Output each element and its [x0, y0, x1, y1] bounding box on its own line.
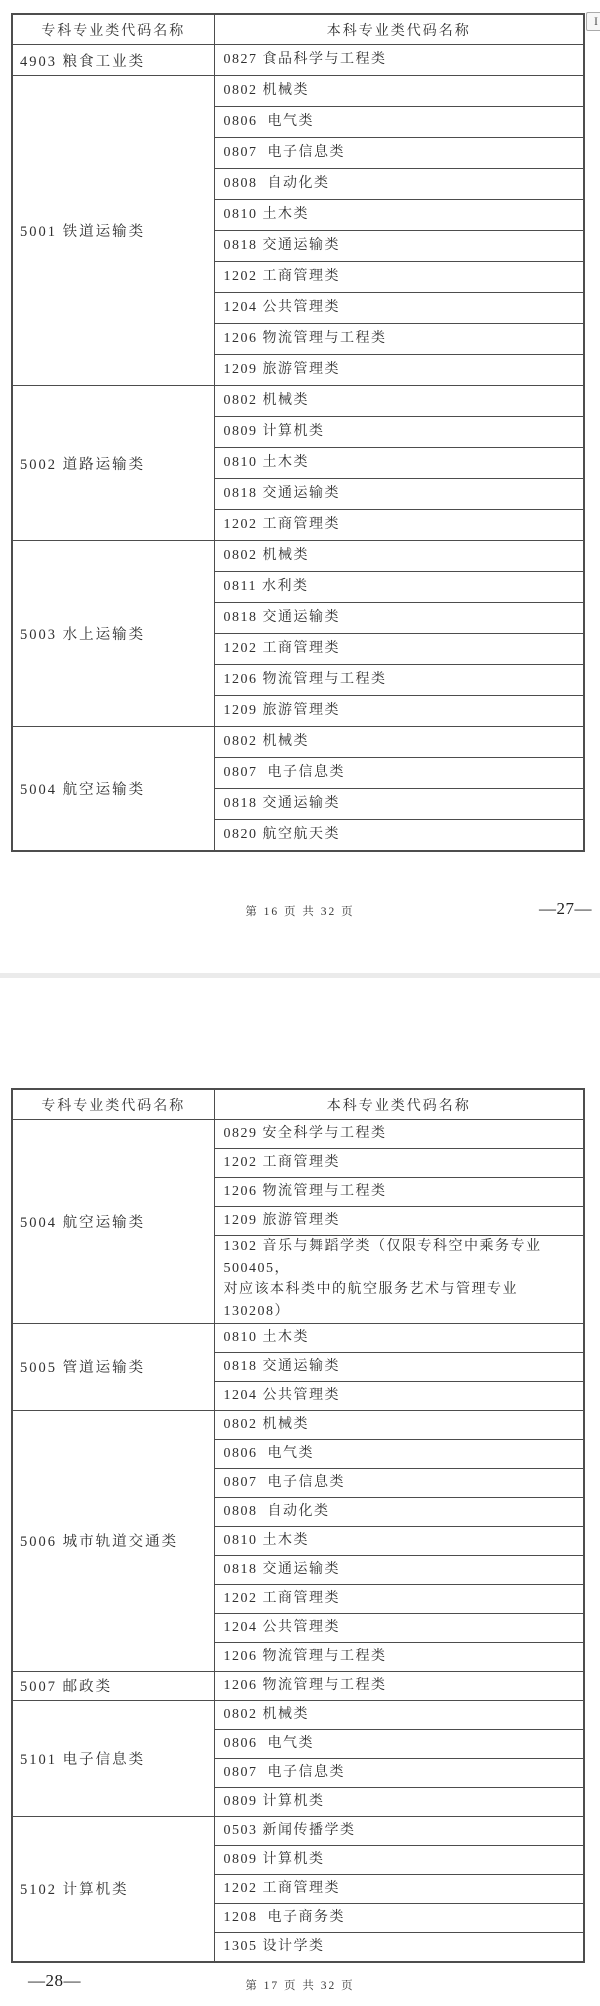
- bachelor-major-cell: 1204 公共管理类: [214, 1613, 584, 1642]
- bachelor-major-cell: 0807 电子信息类: [214, 138, 584, 169]
- table-row: 5001 铁道运输类0802 机械类: [12, 76, 584, 107]
- bachelor-major-cell: 1208 电子商务类: [214, 1903, 584, 1932]
- bachelor-major-cell: 1202 工商管理类: [214, 1584, 584, 1613]
- bachelor-major-cell: 0802 机械类: [214, 76, 584, 107]
- bachelor-major-cell: 0503 新闻传播学类: [214, 1816, 584, 1845]
- column-header: 专科专业类代码名称: [12, 14, 214, 45]
- bachelor-major-cell: 1204 公共管理类: [214, 293, 584, 324]
- bachelor-major-cell: 1206 物流管理与工程类: [214, 324, 584, 355]
- bachelor-major-cell: 0818 交通运输类: [214, 1555, 584, 1584]
- bachelor-major-cell: 1209 旅游管理类: [214, 355, 584, 386]
- page-footer-counter: 第 17 页 共 32 页: [0, 1977, 600, 1993]
- table-row: 5004 航空运输类0829 安全科学与工程类: [12, 1120, 584, 1149]
- bachelor-major-cell: 0802 机械类: [214, 727, 584, 758]
- specialty-mapping-table: 专科专业类代码名称本科专业类代码名称5004 航空运输类0829 安全科学与工程…: [11, 1088, 585, 1963]
- bachelor-major-cell: 0802 机械类: [214, 1700, 584, 1729]
- column-header: 本科专业类代码名称: [214, 14, 584, 45]
- bachelor-major-cell: 1302 音乐与舞蹈学类（仅限专科空中乘务专业500405， 对应该本科类中的航…: [214, 1236, 584, 1324]
- bachelor-major-cell: 0818 交通运输类: [214, 603, 584, 634]
- specialty-group-cell: 5001 铁道运输类: [12, 76, 214, 386]
- bachelor-major-cell: 0810 土木类: [214, 448, 584, 479]
- specialty-group-cell: 5102 计算机类: [12, 1816, 214, 1962]
- bachelor-major-cell: 0808 自动化类: [214, 169, 584, 200]
- document-page-17: 专科专业类代码名称本科专业类代码名称5004 航空运输类0829 安全科学与工程…: [11, 1088, 585, 1963]
- bachelor-major-cell: 0809 计算机类: [214, 417, 584, 448]
- page-footer-counter: 第 16 页 共 32 页: [0, 903, 600, 919]
- bachelor-major-cell: 0809 计算机类: [214, 1845, 584, 1874]
- specialty-group-cell: 5101 电子信息类: [12, 1700, 214, 1816]
- bachelor-major-cell: 0806 电气类: [214, 1729, 584, 1758]
- bachelor-major-cell: 1209 旅游管理类: [214, 696, 584, 727]
- specialty-mapping-table: 专科专业类代码名称本科专业类代码名称4903 粮食工业类0827 食品科学与工程…: [11, 13, 585, 852]
- specialty-group-cell: 5004 航空运输类: [12, 1120, 214, 1324]
- cursor-marker-glyph: I: [594, 14, 598, 29]
- column-header: 本科专业类代码名称: [214, 1089, 584, 1120]
- bachelor-major-cell: 0810 土木类: [214, 1323, 584, 1352]
- bachelor-major-cell: 1202 工商管理类: [214, 1874, 584, 1903]
- bachelor-major-cell: 0808 自动化类: [214, 1497, 584, 1526]
- bachelor-major-cell: 0820 航空航天类: [214, 820, 584, 852]
- specialty-group-cell: 5002 道路运输类: [12, 386, 214, 541]
- bachelor-major-cell: 0806 电气类: [214, 107, 584, 138]
- table-row: 5102 计算机类0503 新闻传播学类: [12, 1816, 584, 1845]
- bachelor-major-cell: 1209 旅游管理类: [214, 1207, 584, 1236]
- page-break-divider: [0, 973, 600, 978]
- bachelor-major-cell: 1202 工商管理类: [214, 634, 584, 665]
- bachelor-major-cell: 0818 交通运输类: [214, 231, 584, 262]
- bachelor-major-cell: 1206 物流管理与工程类: [214, 665, 584, 696]
- bachelor-major-cell: 1206 物流管理与工程类: [214, 1671, 584, 1700]
- bachelor-major-cell: 1305 设计学类: [214, 1932, 584, 1962]
- table-row: 5004 航空运输类0802 机械类: [12, 727, 584, 758]
- table-row: 5003 水上运输类0802 机械类: [12, 541, 584, 572]
- bachelor-major-cell: 0811 水利类: [214, 572, 584, 603]
- bachelor-major-cell: 0810 土木类: [214, 200, 584, 231]
- specialty-group-cell: 5007 邮政类: [12, 1671, 214, 1700]
- bachelor-major-cell: 0829 安全科学与工程类: [214, 1120, 584, 1149]
- specialty-group-cell: 5005 管道运输类: [12, 1323, 214, 1410]
- bachelor-major-cell: 0807 电子信息类: [214, 1468, 584, 1497]
- bachelor-major-cell: 0802 机械类: [214, 386, 584, 417]
- margin-page-number: —27—: [539, 899, 592, 919]
- bachelor-major-cell: 0807 电子信息类: [214, 1758, 584, 1787]
- table-row: 5002 道路运输类0802 机械类: [12, 386, 584, 417]
- table-header-row: 专科专业类代码名称本科专业类代码名称: [12, 14, 584, 45]
- specialty-group-cell: 4903 粮食工业类: [12, 45, 214, 76]
- specialty-group-cell: 5004 航空运输类: [12, 727, 214, 852]
- bachelor-major-cell: 0802 机械类: [214, 541, 584, 572]
- specialty-group-cell: 5003 水上运输类: [12, 541, 214, 727]
- bachelor-major-cell: 0809 计算机类: [214, 1787, 584, 1816]
- bachelor-major-cell: 0818 交通运输类: [214, 479, 584, 510]
- table-row: 5006 城市轨道交通类0802 机械类: [12, 1410, 584, 1439]
- document-canvas: { "colors": { "table_border": "#4d4d4d",…: [0, 0, 600, 2006]
- bachelor-major-cell: 0818 交通运输类: [214, 1352, 584, 1381]
- bachelor-major-cell: 0807 电子信息类: [214, 758, 584, 789]
- document-page-16: 专科专业类代码名称本科专业类代码名称4903 粮食工业类0827 食品科学与工程…: [11, 13, 585, 852]
- table-row: 4903 粮食工业类0827 食品科学与工程类: [12, 45, 584, 76]
- bachelor-major-cell: 1206 物流管理与工程类: [214, 1178, 584, 1207]
- column-header: 专科专业类代码名称: [12, 1089, 214, 1120]
- table-row: 5005 管道运输类0810 土木类: [12, 1323, 584, 1352]
- specialty-group-cell: 5006 城市轨道交通类: [12, 1410, 214, 1671]
- bachelor-major-cell: 1204 公共管理类: [214, 1381, 584, 1410]
- bachelor-major-cell: 1202 工商管理类: [214, 510, 584, 541]
- bachelor-major-cell: 1202 工商管理类: [214, 1149, 584, 1178]
- bachelor-major-cell: 1202 工商管理类: [214, 262, 584, 293]
- bachelor-major-cell: 0818 交通运输类: [214, 789, 584, 820]
- bachelor-major-cell: 0802 机械类: [214, 1410, 584, 1439]
- table-row: 5101 电子信息类0802 机械类: [12, 1700, 584, 1729]
- bachelor-major-cell: 0806 电气类: [214, 1439, 584, 1468]
- table-header-row: 专科专业类代码名称本科专业类代码名称: [12, 1089, 584, 1120]
- bachelor-major-cell: 0827 食品科学与工程类: [214, 45, 584, 76]
- table-row: 5007 邮政类1206 物流管理与工程类: [12, 1671, 584, 1700]
- cursor-marker-icon[interactable]: I: [586, 12, 600, 31]
- bachelor-major-cell: 1206 物流管理与工程类: [214, 1642, 584, 1671]
- bachelor-major-cell: 0810 土木类: [214, 1526, 584, 1555]
